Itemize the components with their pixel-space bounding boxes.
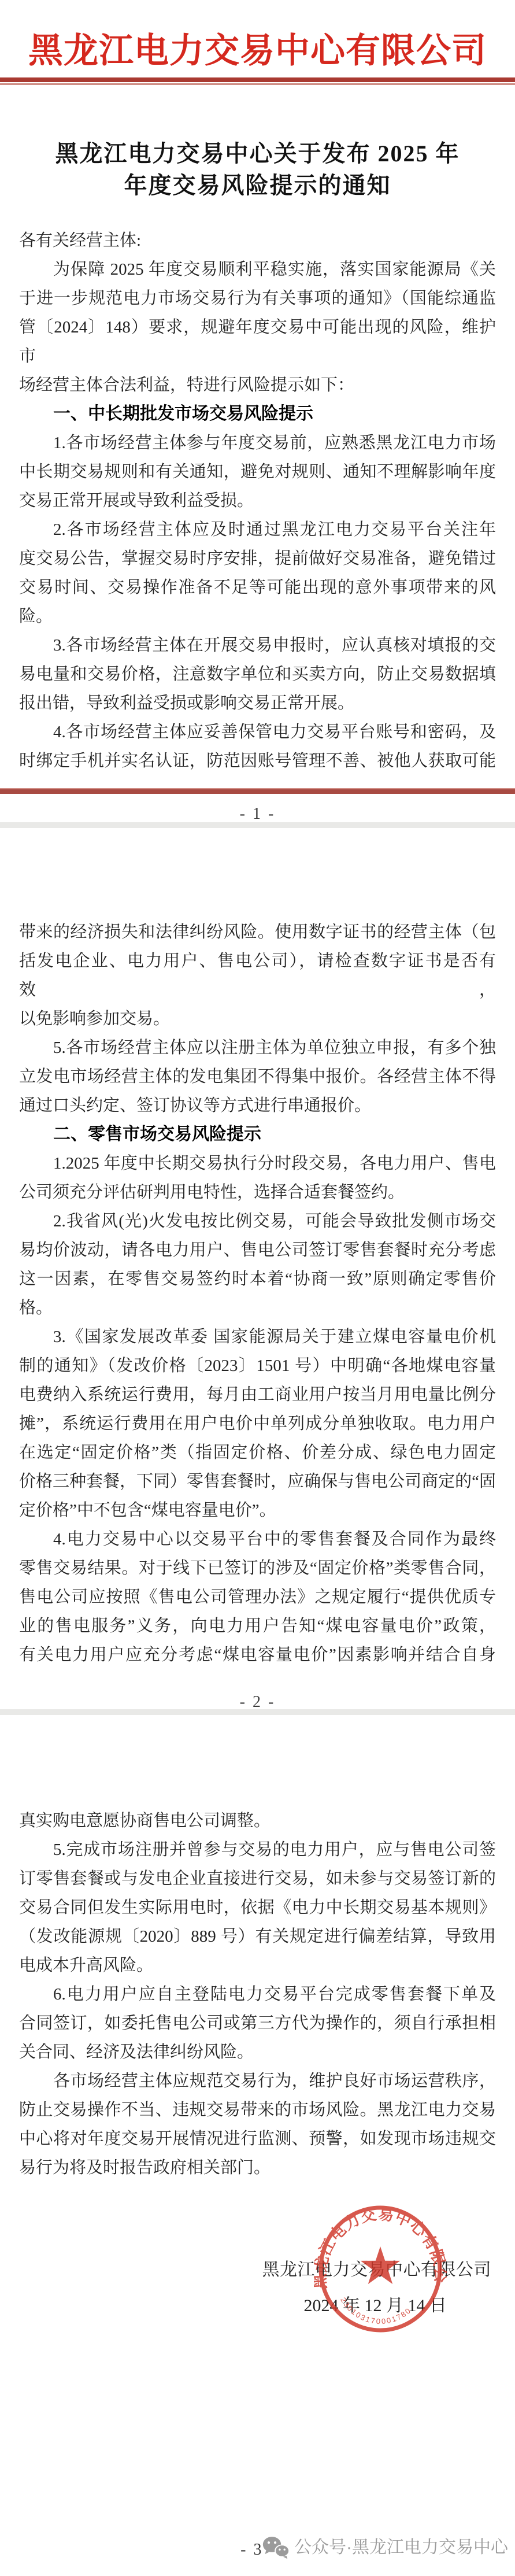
page2-text-block: 带来的经济损失和法律纠纷风险。使用数字证书的经营主体（包括发电企业、电力用户、售… bbox=[0, 918, 515, 1669]
text-line: 电费纳入系统运行费用，每月由工商业用户按当月用电量比例分 bbox=[0, 1380, 515, 1409]
text-line: 易电量和交易价格，注意数字单位和买卖方向，防止交易数据填 bbox=[0, 660, 515, 689]
section-heading: 二、零售市场交易风险提示 bbox=[0, 1120, 515, 1149]
text-line: 带来的经济损失和法律纠纷风险。使用数字证书的经营主体（包 bbox=[0, 918, 515, 947]
section-heading: 一、中长期批发市场交易风险提示 bbox=[0, 400, 515, 428]
text-line: 场经营主体合法利益，特进行风险提示如下： bbox=[0, 371, 515, 400]
text-line: 3.《国家发展改革委 国家能源局关于建立煤电容量电价机 bbox=[0, 1322, 515, 1351]
wechat-watermark: 公众号·黑龙江电力交易中心 bbox=[262, 2535, 508, 2560]
text-line: 关合同、经济及法律纠纷风险。 bbox=[0, 2038, 515, 2067]
text-line: 交易合同但发生实际用电时，依据《电力中长期交易基本规则》 bbox=[0, 1893, 515, 1922]
text-line: 5.完成市场注册并曾参与交易的电力用户，应与售电公司签 bbox=[0, 1835, 515, 1864]
text-line: 险。 bbox=[0, 602, 515, 631]
signature-org: 黑龙江电力交易中心有限公司 bbox=[262, 2257, 492, 2283]
text-line: 立发电市场经营主体的发电集团不得集中报价。各经营主体不得 bbox=[0, 1062, 515, 1091]
text-line: 摊”，系统运行费用在用户电价中单列成分单独收取。电力用户 bbox=[0, 1409, 515, 1438]
text-line: 价格三种套餐，下同）零售套餐时，应确保与售电公司商定的“固 bbox=[0, 1467, 515, 1496]
text-line: 定价格”中不包含“煤电容量电价”。 bbox=[0, 1496, 515, 1525]
text-line: 在选定“固定价格”类（指固定价格、价差分成、绿色电力固定 bbox=[0, 1438, 515, 1467]
text-line: 中心将对年度交易开展情况进行监测、预警，如发现市场违规交 bbox=[0, 2124, 515, 2153]
text-line: 以免影响参加交易。 bbox=[0, 1004, 515, 1033]
page1-footer-red-rule bbox=[0, 788, 515, 794]
wechat-watermark-text: 公众号·黑龙江电力交易中心 bbox=[294, 2535, 508, 2560]
text-line: 各市场经营主体应规范交易行为，维护良好市场运营秩序， bbox=[0, 2067, 515, 2095]
text-line: 这一因素，在零售交易签约时本着“协商一致”原则确定零售价 bbox=[0, 1265, 515, 1293]
text-line: 电成本升高风险。 bbox=[0, 1951, 515, 1980]
text-line: 公司须充分评估研判用电特性，选择合适套餐签约。 bbox=[0, 1178, 515, 1207]
letterhead-org-name: 黑龙江电力交易中心有限公司 bbox=[0, 0, 515, 75]
text-line: 有关电力用户应充分考虑“煤电容量电价”因素影响并结合自身 bbox=[0, 1640, 515, 1669]
page-number-1: - 1 - bbox=[0, 803, 515, 822]
document-title: 黑龙江电力交易中心关于发布 2025 年 年度交易风险提示的通知 bbox=[0, 138, 515, 201]
document-page-3: 真实购电意愿协商售电公司调整。5.完成市场注册并曾参与交易的电力用户，应与售电公… bbox=[0, 1715, 515, 2576]
text-line: 易行为将及时报告政府相关部门。 bbox=[0, 2153, 515, 2182]
text-line: 1.2025 年度中长期交易执行分时段交易，各电力用户、售电 bbox=[0, 1149, 515, 1178]
document-title-line2: 年度交易风险提示的通知 bbox=[0, 169, 515, 201]
wechat-icon bbox=[262, 2536, 290, 2560]
text-line: 防止交易操作不当、违规交易带来的市场风险。黑龙江电力交易 bbox=[0, 2095, 515, 2124]
letterhead-red-rule bbox=[0, 77, 515, 85]
text-line: 管〔2024〕148）要求，规避年度交易中可能出现的风险，维护市 bbox=[0, 313, 515, 371]
text-line: 零售交易结果。对于线下已签订的涉及“固定价格”类零售合同， bbox=[0, 1554, 515, 1583]
text-line: 2.各市场经营主体应及时通过黑龙江电力交易平台关注年 bbox=[0, 515, 515, 544]
text-line: 度交易公告，掌握交易时序安排，提前做好交易准备，避免错过 bbox=[0, 544, 515, 573]
text-line: 交易正常开展或导致利益受损。 bbox=[0, 486, 515, 515]
text-line: 中长期交易规则和有关通知，避免对规则、通知不理解影响年度 bbox=[0, 457, 515, 486]
text-line: 交易时间、交易操作准备不足等可能出现的意外事项带来的风 bbox=[0, 573, 515, 602]
text-line: 制的通知》（发改价格〔2023〕1501 号）中明确“各地煤电容量 bbox=[0, 1351, 515, 1380]
text-line: 时绑定手机并实名认证，防范因账号管理不善、被他人获取可能 bbox=[0, 746, 515, 775]
text-line: 业的售电服务”义务，向电力用户告知“煤电容量电价”政策， bbox=[0, 1612, 515, 1640]
text-line: 报出错，导致利益受损或影响交易正常开展。 bbox=[0, 689, 515, 718]
text-line: 4.各市场经营主体应妥善保管电力交易平台账号和密码，及 bbox=[0, 718, 515, 746]
text-line: 6.电力用户应自主登陆电力交易平台完成零售套餐下单及 bbox=[0, 1980, 515, 2009]
signature-date: 2024 年 12 月 14 日 bbox=[304, 2293, 447, 2319]
text-line: （发改能源规〔2020〕889 号）有关规定进行偏差结算，导致用 bbox=[0, 1922, 515, 1951]
page1-text-block: 各有关经营主体:为保障 2025 年度交易顺利平稳实施，落实国家能源局《关于进一… bbox=[0, 226, 515, 775]
text-line: 4.电力交易中心以交易平台中的零售套餐及合同作为最终 bbox=[0, 1525, 515, 1554]
text-line: 售电公司应按照《售电公司管理办法》之规定履行“提供优质专 bbox=[0, 1583, 515, 1612]
text-line: 5.各市场经营主体应以注册主体为单位独立申报，有多个独 bbox=[0, 1033, 515, 1062]
page-separator bbox=[0, 1709, 515, 1715]
text-line: 通过口头约定、签订协议等方式进行串通报价。 bbox=[0, 1091, 515, 1120]
text-line: 1.各市场经营主体参与年度交易前，应熟悉黑龙江电力市场 bbox=[0, 428, 515, 457]
text-line: 易均价波动，请各电力用户、售电公司签订零售套餐时充分考虑 bbox=[0, 1236, 515, 1265]
page-number-2: - 2 - bbox=[0, 1691, 515, 1709]
text-line: 订零售套餐或与发电企业直接进行交易，如未参与交易签订新的 bbox=[0, 1864, 515, 1893]
text-line: 为保障 2025 年度交易顺利平稳实施，落实国家能源局《关 bbox=[0, 255, 515, 284]
text-line: 于进一步规范电力市场交易行为有关事项的通知》（国能综通监 bbox=[0, 284, 515, 313]
text-line: 3.各市场经营主体在开展交易申报时，应认真核对填报的交 bbox=[0, 631, 515, 660]
page-separator bbox=[0, 822, 515, 828]
text-line: 2.我省风(光)火发电按比例交易，可能会导致批发侧市场交 bbox=[0, 1207, 515, 1236]
text-line: 合同签订，如委托售电公司或第三方代为操作的，须自行承担相 bbox=[0, 2009, 515, 2038]
page3-text-block: 真实购电意愿协商售电公司调整。5.完成市场注册并曾参与交易的电力用户，应与售电公… bbox=[0, 1806, 515, 2182]
document-page-2: 带来的经济损失和法律纠纷风险。使用数字证书的经营主体（包括发电企业、电力用户、售… bbox=[0, 828, 515, 1709]
text-line: 真实购电意愿协商售电公司调整。 bbox=[0, 1806, 515, 1835]
document-title-line1: 黑龙江电力交易中心关于发布 2025 年 bbox=[0, 138, 515, 169]
document-page-1: 黑龙江电力交易中心有限公司 黑龙江电力交易中心关于发布 2025 年 年度交易风… bbox=[0, 0, 515, 822]
text-line: 格。 bbox=[0, 1293, 515, 1322]
text-line: 括发电企业、电力用户、售电公司），请检查数字证书是否有效， bbox=[0, 947, 515, 1004]
text-line: 各有关经营主体: bbox=[0, 226, 515, 255]
